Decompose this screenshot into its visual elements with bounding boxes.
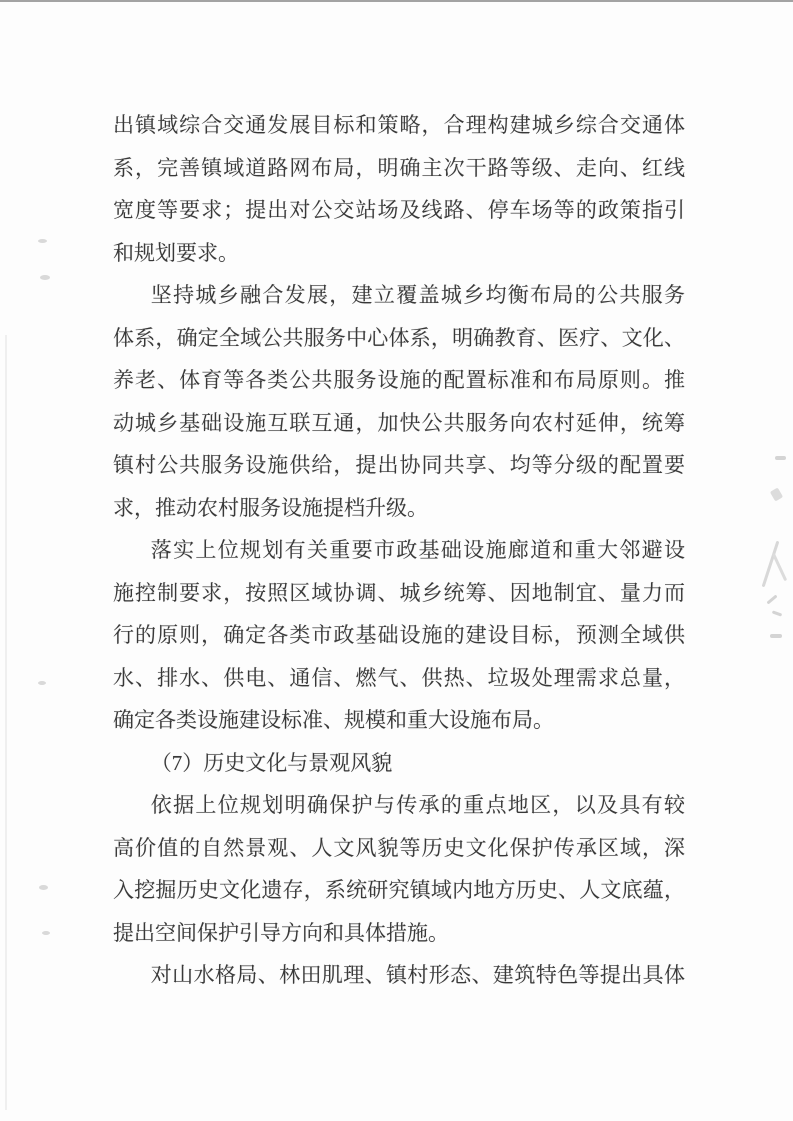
- text-line: 和规划要求。: [113, 232, 685, 275]
- scan-left-edge-line: [5, 335, 7, 1110]
- scan-bleedthrough-mark: [770, 487, 783, 501]
- scan-bleedthrough-mark: [772, 553, 787, 581]
- scan-top-edge: [0, 0, 793, 2]
- text-line: 施控制要求，按照区域协调、城乡统筹、因地制宜、量力而: [113, 572, 685, 615]
- text-line: 坚持城乡融合发展，建立覆盖城乡均衡布局的公共服务: [113, 274, 685, 317]
- scan-smudge: [38, 239, 47, 243]
- text-line: 入挖掘历史文化遗存，系统研究镇域内地方历史、人文底蕴，: [113, 869, 685, 912]
- scan-bleedthrough-mark: [766, 594, 777, 604]
- document-text-block: 出镇域综合交通发展目标和策略，合理构建城乡综合交通体 系，完善镇域道路网布局，明…: [113, 104, 685, 997]
- text-line: 动城乡基础设施互联互通，加快公共服务向农村延伸，统筹: [113, 402, 685, 445]
- text-line: 镇村公共服务设施供给，提出协同共享、均等分级的配置要: [113, 444, 685, 487]
- scan-smudge: [39, 885, 48, 890]
- text-line: 依据上位规划明确保护与传承的重点地区，以及具有较: [113, 784, 685, 827]
- text-line: 对山水格局、林田肌理、镇村形态、建筑特色等提出具体: [113, 954, 685, 997]
- text-line: 水、排水、供电、通信、燃气、供热、垃圾处理需求总量，: [113, 657, 685, 700]
- text-line: 体系，确定全域公共服务中心体系，明确教育、医疗、文化、: [113, 317, 685, 360]
- text-line: 高价值的自然景观、人文风貌等历史文化保护传承区域，深: [113, 827, 685, 870]
- scan-smudge: [40, 275, 50, 280]
- scan-bleedthrough-mark: [775, 456, 786, 460]
- text-line: 行的原则，确定各类市政基础设施的建设目标，预测全域供: [113, 614, 685, 657]
- document-page: 出镇域综合交通发展目标和策略，合理构建城乡综合交通体 系，完善镇域道路网布局，明…: [0, 0, 793, 1121]
- text-line: 出镇域综合交通发展目标和策略，合理构建城乡综合交通体: [113, 104, 685, 147]
- text-line: 确定各类设施建设标准、规模和重大设施布局。: [113, 699, 685, 742]
- scan-smudge: [42, 931, 50, 935]
- text-line: 系，完善镇域道路网布局，明确主次干路等级、走向、红线: [113, 147, 685, 190]
- text-line: 宽度等要求；提出对公交站场及线路、停车场等的政策指引: [113, 189, 685, 232]
- text-line: 养老、体育等各类公共服务设施的配置标准和布局原则。推: [113, 359, 685, 402]
- scan-bleedthrough-mark: [772, 610, 782, 616]
- text-line: 落实上位规划有关重要市政基础设施廊道和重大邻避设: [113, 529, 685, 572]
- scan-bleedthrough-mark: [770, 634, 782, 638]
- section-heading: （7）历史文化与景观风貌: [113, 742, 685, 785]
- text-line: 求，推动农村服务设施提档升级。: [113, 487, 685, 530]
- scan-smudge: [38, 681, 46, 685]
- text-line: 提出空间保护引导方向和具体措施。: [113, 912, 685, 955]
